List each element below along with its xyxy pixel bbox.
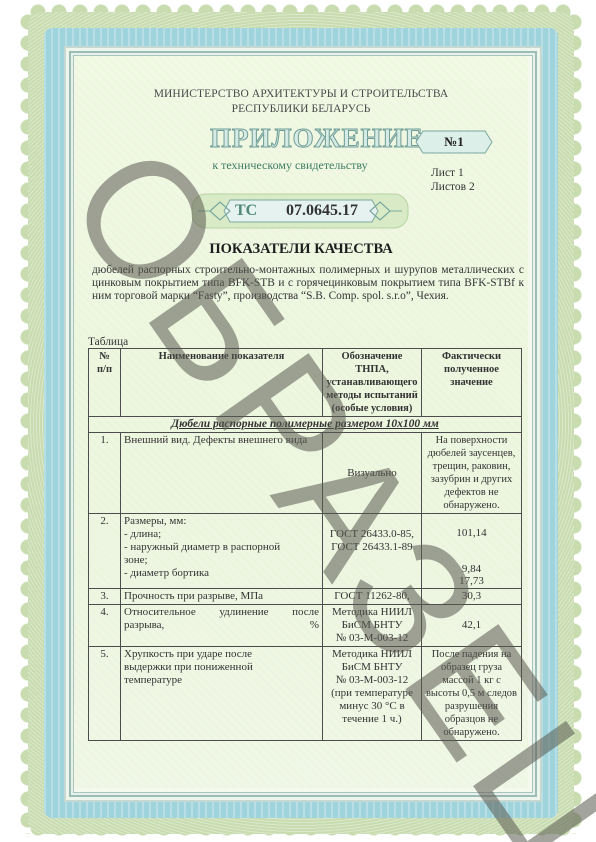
- table-section-row: Дюбели распорные полимерные размером 10х…: [89, 417, 522, 433]
- row-value: 42,1: [422, 605, 522, 647]
- sheet-number: Лист 1: [431, 166, 475, 180]
- row-number: 4.: [89, 605, 121, 647]
- issuing-authority: МИНИСТЕРСТВО АРХИТЕКТУРЫ И СТРОИТЕЛЬСТВА…: [74, 87, 528, 117]
- row-number: 2.: [89, 514, 121, 589]
- ministry-line-1: МИНИСТЕРСТВО АРХИТЕКТУРЫ И СТРОИТЕЛЬСТВА: [74, 87, 528, 102]
- table-row: 5. Хрупкость при ударе после выдержки пр…: [89, 647, 522, 741]
- row-number: 5.: [89, 647, 121, 741]
- ministry-line-2: РЕСПУБЛИКИ БЕЛАРУСЬ: [74, 102, 528, 117]
- header-indicator: Наименование показателя: [121, 349, 323, 417]
- header-value: Фактически полученное значение: [422, 349, 522, 417]
- row-method: ГОСТ 11262-80,: [323, 589, 422, 605]
- row-indicator: Относительное удлинение после разрыва, %: [121, 605, 323, 647]
- table-row: 1. Внешний вид. Дефекты внешнего вида Ви…: [89, 433, 522, 514]
- row-value: 30,3: [422, 589, 522, 605]
- section-heading: ПОКАЗАТЕЛИ КАЧЕСТВА: [74, 241, 528, 258]
- quality-indicators-table: № п/п Наименование показателя Обозначени…: [88, 348, 522, 741]
- row-indicator: Внешний вид. Дефекты внешнего вида: [121, 433, 323, 514]
- section-title: Дюбели распорные полимерные размером 10х…: [89, 417, 522, 433]
- certificate-number-badge: ТС 07.0645.17: [190, 192, 410, 230]
- table-row: 4. Относительное удлинение после разрыва…: [89, 605, 522, 647]
- appendix-number-badge: №1: [415, 130, 493, 154]
- row-value: На поверхности дюбелей заусенцев, трещин…: [422, 433, 522, 514]
- table-caption: Таблица: [88, 336, 128, 348]
- row-indicator: Хрупкость при ударе после выдержки при п…: [121, 647, 323, 741]
- row-indicator: Размеры, мм: - длина; - наружный диаметр…: [121, 514, 323, 589]
- certificate-number: 07.0645.17: [272, 202, 372, 220]
- row-value: После падения на образец груза массой 1 …: [422, 647, 522, 741]
- table-header-row: № п/п Наименование показателя Обозначени…: [89, 349, 522, 417]
- row-method: ГОСТ 26433.0-85, ГОСТ 26433.1-89: [323, 514, 422, 589]
- sheets-total: Листов 2: [431, 180, 475, 194]
- product-description: дюбелей распорных строительно-монтажных …: [92, 264, 524, 303]
- row-number: 3.: [89, 589, 121, 605]
- row-value: 101,14 9,84 17,73: [422, 514, 522, 589]
- table-row: 2. Размеры, мм: - длина; - наружный диам…: [89, 514, 522, 589]
- row-indicator: Прочность при разрыве, МПа: [121, 589, 323, 605]
- appendix-number: №1: [415, 134, 493, 150]
- sheet-info: Лист 1 Листов 2: [431, 166, 475, 194]
- row-number: 1.: [89, 433, 121, 514]
- document-subtitle: к техническому свидетельству: [170, 158, 410, 173]
- header-method: Обозначение ТНПА, устанавливающего метод…: [323, 349, 422, 417]
- certificate-type: ТС: [235, 202, 257, 220]
- row-method: Методика НИИЛ БиСМ БНТУ № 03-М-003-12: [323, 605, 422, 647]
- document-title: ПРИЛОЖЕНИЕ: [210, 123, 410, 154]
- row-method: Методика НИИЛ БиСМ БНТУ № 03-М-003-12 (п…: [323, 647, 422, 741]
- table-row: 3. Прочность при разрыве, МПа ГОСТ 11262…: [89, 589, 522, 605]
- row-method: Визуально: [323, 433, 422, 514]
- header-number: № п/п: [89, 349, 121, 417]
